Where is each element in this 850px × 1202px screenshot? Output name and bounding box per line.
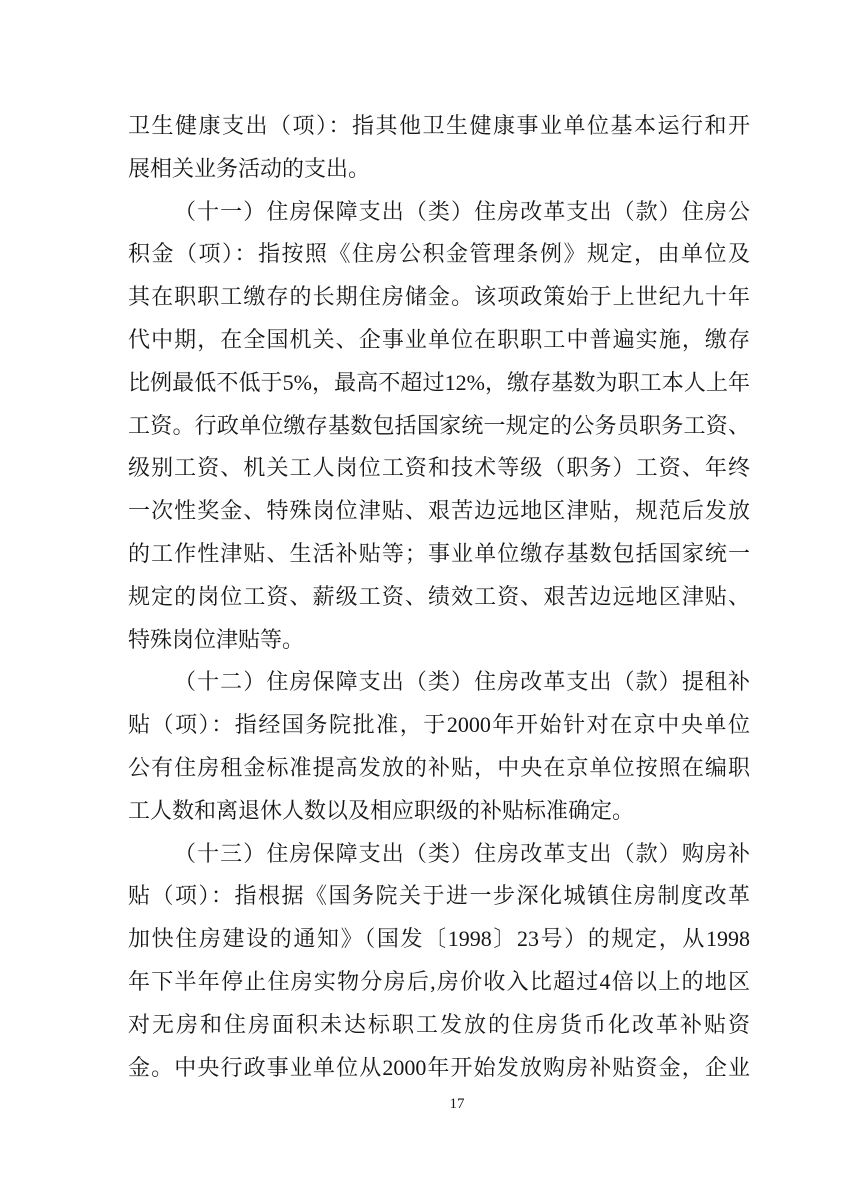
- document-body: 卫生健康支出（项）：指其他卫生健康事业单位基本运行和开展相关业务活动的支出。（十…: [128, 105, 750, 1089]
- text-line: 级别工资、机关工人岗位工资和技术等级（职务）工资、年终: [128, 447, 750, 490]
- text-line: （十三）住房保障支出（类）住房改革支出（款）购房补: [128, 833, 750, 876]
- text-line: 一次性奖金、特殊岗位津贴、艰苦边远地区津贴，规范后发放: [128, 490, 750, 533]
- text-line: 工人数和离退休人数以及相应职级的补贴标准确定。: [128, 790, 750, 833]
- text-line: （十二）住房保障支出（类）住房改革支出（款）提租补: [128, 661, 750, 704]
- text-line: 年下半年停止住房实物分房后,房价收入比超过4倍以上的地区: [128, 961, 750, 1004]
- text-line: 公有住房租金标准提高发放的补贴，中央在京单位按照在编职: [128, 747, 750, 790]
- text-line: 贴（项）：指经国务院批准，于2000年开始针对在京中央单位: [128, 704, 750, 747]
- text-line: 卫生健康支出（项）：指其他卫生健康事业单位基本运行和开: [128, 105, 750, 148]
- text-line: 比例最低不低于5%，最高不超过12%，缴存基数为职工本人上年: [128, 362, 750, 405]
- text-line: 的工作性津贴、生活补贴等；事业单位缴存基数包括国家统一: [128, 533, 750, 576]
- text-line: 工资。行政单位缴存基数包括国家统一规定的公务员职务工资、: [128, 405, 750, 448]
- text-line: 特殊岗位津贴等。: [128, 619, 750, 662]
- text-line: 规定的岗位工资、薪级工资、绩效工资、艰苦边远地区津贴、: [128, 576, 750, 619]
- text-line: 加快住房建设的通知》（国发〔1998〕23号）的规定，从1998: [128, 918, 750, 961]
- text-line: 对无房和住房面积未达标职工发放的住房货币化改革补贴资: [128, 1004, 750, 1047]
- text-line: 其在职职工缴存的长期住房储金。该项政策始于上世纪九十年: [128, 276, 750, 319]
- text-line: 展相关业务活动的支出。: [128, 148, 750, 191]
- page-number: 17: [0, 1096, 850, 1113]
- text-line: 贴（项）：指根据《国务院关于进一步深化城镇住房制度改革: [128, 875, 750, 918]
- text-line: 代中期，在全国机关、企事业单位在职职工中普遍实施，缴存: [128, 319, 750, 362]
- document-page: 卫生健康支出（项）：指其他卫生健康事业单位基本运行和开展相关业务活动的支出。（十…: [0, 0, 850, 1202]
- text-line: 金。中央行政事业单位从2000年开始发放购房补贴资金，企业: [128, 1047, 750, 1090]
- text-line: 积金（项）：指按照《住房公积金管理条例》规定，由单位及: [128, 233, 750, 276]
- text-line: （十一）住房保障支出（类）住房改革支出（款）住房公: [128, 191, 750, 234]
